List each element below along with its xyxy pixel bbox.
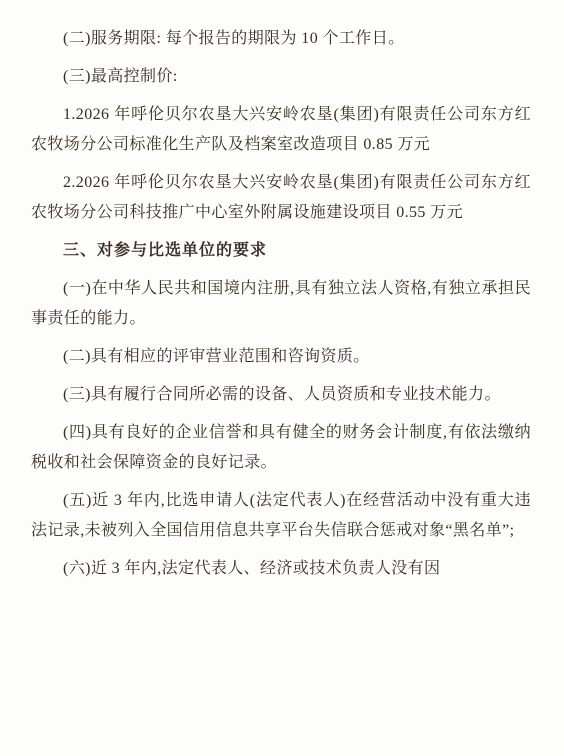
paragraph-requirement-1: (一)在中华人民共和国境内注册,具有独立法人资格,有独立承担民事责任的能力。 bbox=[31, 274, 531, 334]
paragraph-requirement-4: (四)具有良好的企业信誉和具有健全的财务会计制度,有依法缴纳税收和社会保障资金的… bbox=[31, 418, 531, 478]
paragraph-requirement-6: (六)近 3 年内,法定代表人、经济或技术负责人没有因 bbox=[31, 554, 531, 584]
section-heading-requirements: 三、对参与比选单位的要求 bbox=[31, 236, 531, 266]
paragraph-requirement-5: (五)近 3 年内,比选申请人(法定代表人)在经营活动中没有重大违法记录,未被列… bbox=[31, 486, 531, 546]
paragraph-project-1: 1.2026 年呼伦贝尔农垦大兴安岭农垦(集团)有限责任公司东方红农牧场分公司标… bbox=[31, 100, 531, 160]
paragraph-requirement-2: (二)具有相应的评审营业范围和咨询资质。 bbox=[31, 342, 531, 372]
paragraph-service-period: (二)服务期限: 每个报告的期限为 10 个工作日。 bbox=[31, 24, 531, 54]
paragraph-requirement-3: (三)具有履行合同所必需的设备、人员资质和专业技术能力。 bbox=[31, 380, 531, 410]
paragraph-project-2: 2.2026 年呼伦贝尔农垦大兴安岭农垦(集团)有限责任公司东方红农牧场分公司科… bbox=[31, 168, 531, 228]
document-page: (二)服务期限: 每个报告的期限为 10 个工作日。 (三)最高控制价: 1.2… bbox=[0, 0, 564, 756]
paragraph-max-control-price: (三)最高控制价: bbox=[31, 62, 531, 92]
